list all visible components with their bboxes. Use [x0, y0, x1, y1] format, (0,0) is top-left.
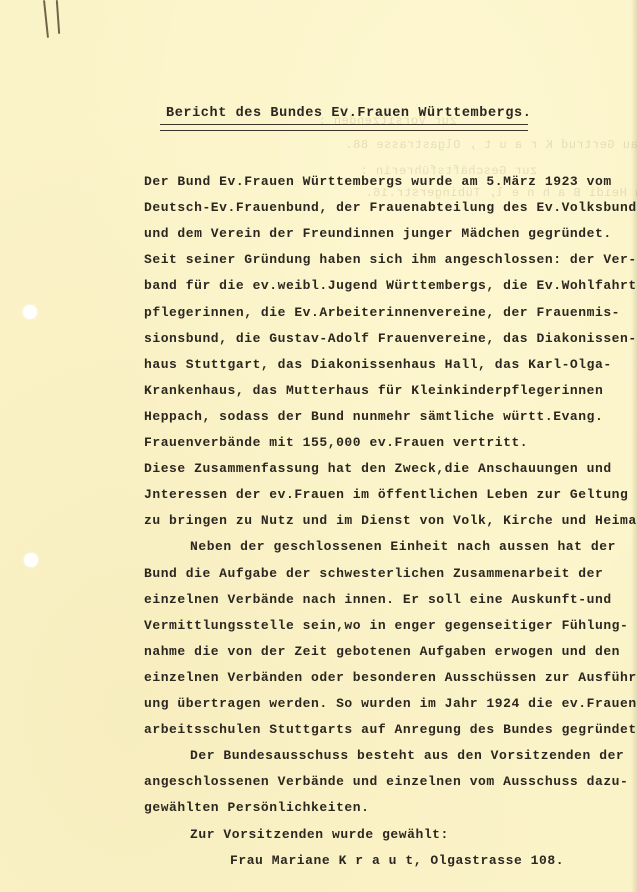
text-line: pflegerinnen, die Ev.Arbeiterinnenverein…	[144, 305, 620, 320]
text-line: Vermittlungsstelle sein,wo in enger gege…	[144, 618, 628, 633]
punch-hole	[24, 553, 38, 567]
text-line: Frauenverbände mit 155,000 ev.Frauen ver…	[144, 435, 528, 450]
text-line: Der Bund Ev.Frauen Württembergs wurde am…	[144, 174, 612, 189]
text-line: Zur Vorsitzenden wurde gewählt:	[190, 827, 449, 842]
text-line: angeschlossenen Verbände und einzelnen v…	[144, 774, 628, 789]
text-line: ung übertragen werden. So wurden im Jahr…	[144, 696, 637, 711]
text-line: einzelnen Verbänden oder besonderen Auss…	[144, 670, 637, 685]
text-line: band für die ev.weibl.Jugend Württemberg…	[144, 278, 637, 293]
text-line: Jnteressen der ev.Frauen im öffentlichen…	[144, 487, 628, 502]
document-page: zur Vorsitzenden : Frau Gertrud K r a u …	[0, 0, 637, 892]
text-line: und dem Verein der Freundinnen junger Mä…	[144, 226, 612, 241]
pencil-mark	[43, 0, 49, 38]
text-line: Krankenhaus, das Mutterhaus für Kleinkin…	[144, 383, 603, 398]
text-line: arbeitsschulen Stuttgarts auf Anregung d…	[144, 722, 637, 737]
text-line: einzelnen Verbände nach innen. Er soll e…	[144, 592, 612, 607]
text-line: zu bringen zu Nutz und im Dienst von Vol…	[144, 513, 637, 528]
text-line: nahme die von der Zeit gebotenen Aufgabe…	[144, 644, 620, 659]
text-line: Bund die Aufgabe der schwesterlichen Zus…	[144, 566, 603, 581]
text-line: Seit seiner Gründung haben sich ihm ange…	[144, 252, 637, 267]
text-line: Neben der geschlossenen Einheit nach aus…	[190, 539, 616, 554]
text-line: haus Stuttgart, das Diakonissenhaus Hall…	[144, 357, 612, 372]
text-line: Deutsch-Ev.Frauenbund, der Frauenabteilu…	[144, 200, 637, 215]
text-line: Der Bundesausschuss besteht aus den Vors…	[190, 748, 624, 763]
text-line: gewählten Persönlichkeiten.	[144, 800, 369, 815]
text-line: Heppach, sodass der Bund nunmehr sämtlic…	[144, 409, 603, 424]
text-line: Frau Mariane K r a u t, Olgastrasse 108.	[230, 853, 564, 868]
page-edge-shadow	[631, 0, 637, 892]
text-line: Diese Zusammenfassung hat den Zweck,die …	[144, 461, 612, 476]
bleed-through-text: Frau Gertrud K r a u t , Olgastrasse 88.	[345, 138, 637, 152]
text-line: sionsbund, die Gustav-Adolf Frauenverein…	[144, 331, 637, 346]
document-title: Bericht des Bundes Ev.Frauen Württemberg…	[166, 106, 531, 121]
title-double-underline	[160, 124, 528, 131]
punch-hole	[23, 305, 37, 319]
pencil-mark	[56, 0, 60, 34]
